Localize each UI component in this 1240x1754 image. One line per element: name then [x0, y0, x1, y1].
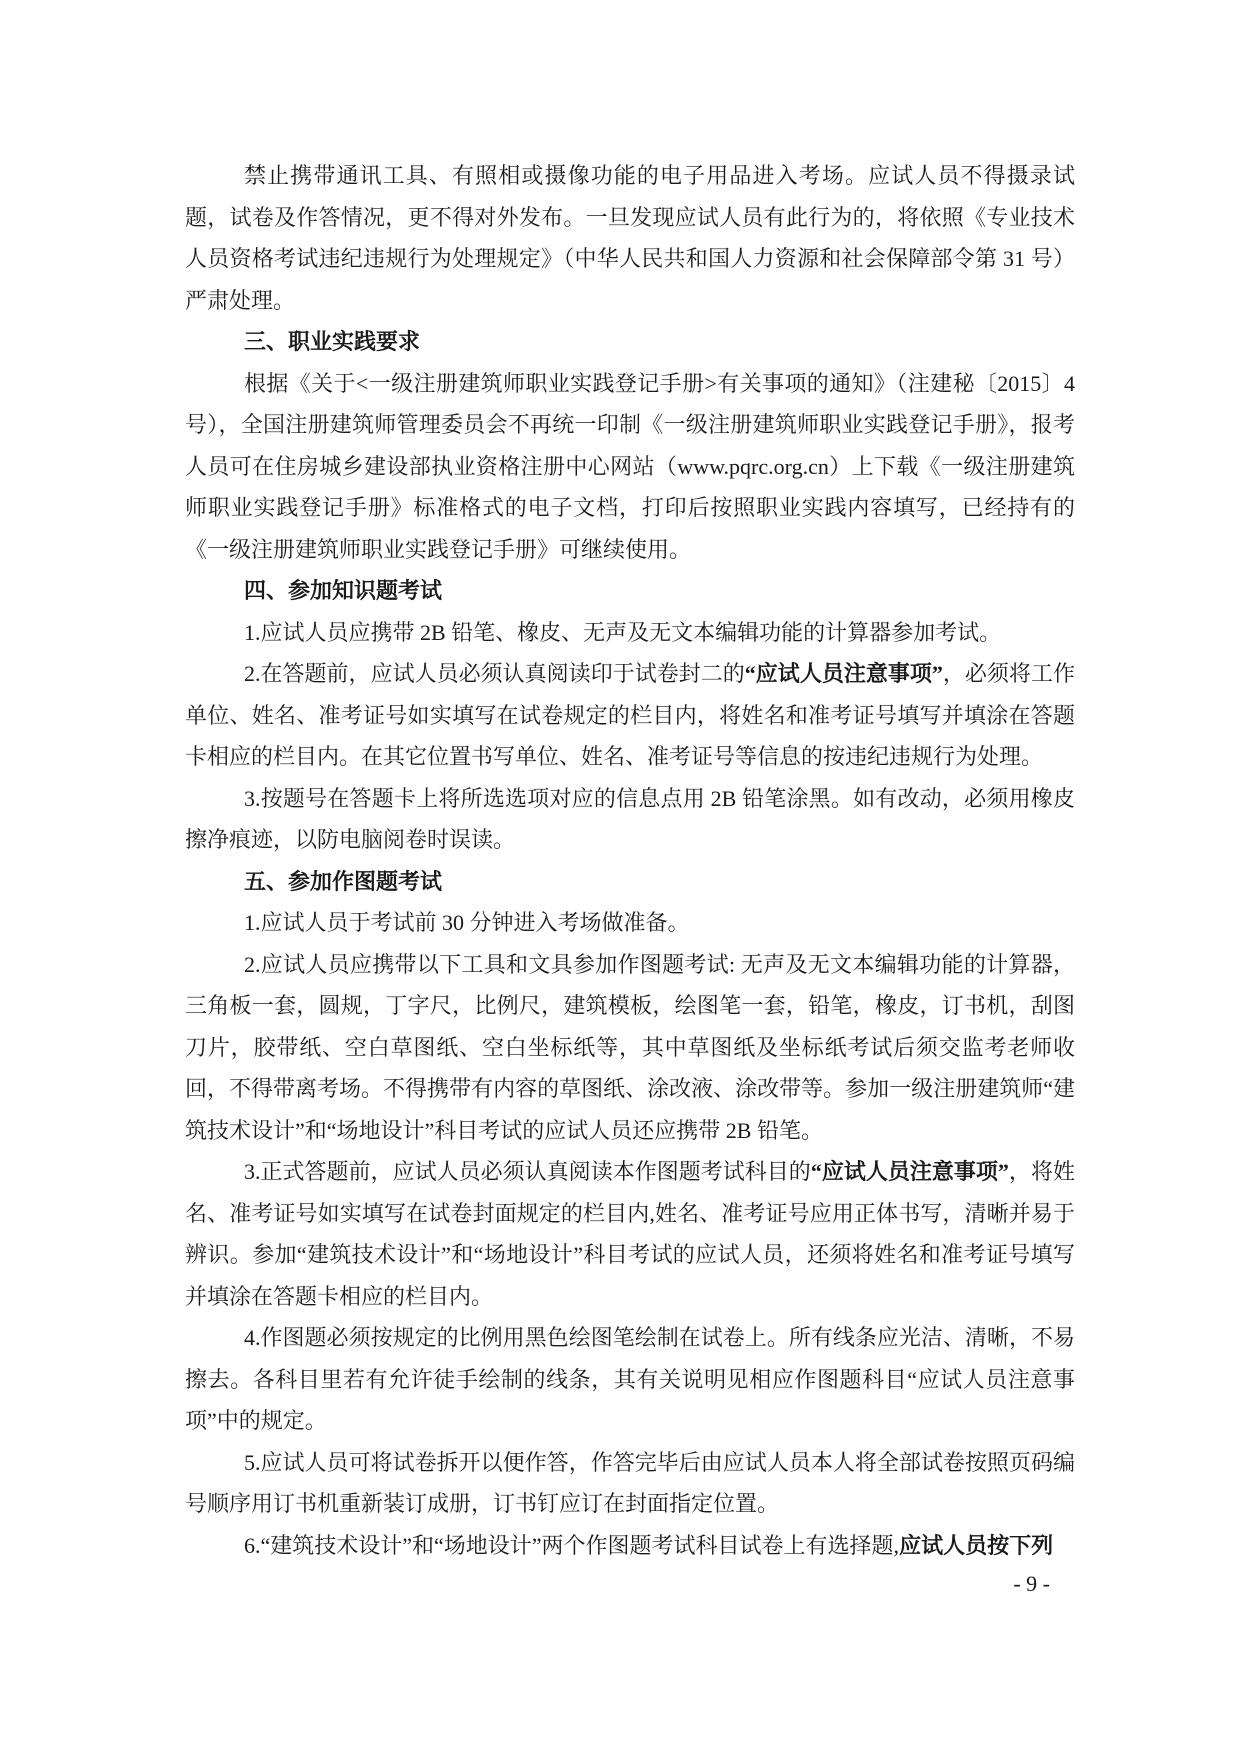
text-run: 2.在答题前，应试人员必须认真阅读印于试卷封二的: [244, 661, 745, 686]
page-number: - 9 -: [1013, 1571, 1050, 1597]
bold-text-run: 五、参加作图题考试: [244, 869, 442, 894]
text-run: 3.正式答题前，应试人员必须认真阅读本作图题考试科目的: [244, 1159, 811, 1184]
text-run: 4.作图题必须按规定的比例用黑色绘图笔绘制在试卷上。所有线条应光洁、清晰，不易擦…: [185, 1325, 1075, 1433]
paragraph: 2.在答题前，应试人员必须认真阅读印于试卷封二的“应试人员注意事项”，必须将工作…: [185, 653, 1075, 778]
paragraph: 3.按题号在答题卡上将所选选项对应的信息点用 2B 铅笔涂黑。如有改动，必须用橡…: [185, 778, 1075, 861]
text-run: 3.按题号在答题卡上将所选选项对应的信息点用 2B 铅笔涂黑。如有改动，必须用橡…: [185, 786, 1075, 853]
paragraph: 1.应试人员于考试前 30 分钟进入考场做准备。: [185, 902, 1075, 944]
text-run: 6.“建筑技术设计”和“场地设计”两个作图题考试科目试卷上有选择题,: [244, 1533, 899, 1558]
section-heading: 三、职业实践要求: [185, 321, 1075, 363]
paragraph: 根据《关于<一级注册建筑师职业实践登记手册>有关事项的通知》（注建秘〔2015〕…: [185, 363, 1075, 571]
paragraph: 4.作图题必须按规定的比例用黑色绘图笔绘制在试卷上。所有线条应光洁、清晰，不易擦…: [185, 1317, 1075, 1442]
bold-text-run: “应试人员注意事项”: [811, 1159, 1009, 1184]
bold-text-run: 四、参加知识题考试: [244, 578, 442, 603]
paragraph: 1.应试人员应携带 2B 铅笔、橡皮、无声及无文本编辑功能的计算器参加考试。: [185, 612, 1075, 654]
paragraph: 2.应试人员应携带以下工具和文具参加作图题考试: 无声及无文本编辑功能的计算器，…: [185, 944, 1075, 1152]
bold-text-run: 三、职业实践要求: [244, 329, 420, 354]
text-run: 1.应试人员于考试前 30 分钟进入考场做准备。: [244, 910, 690, 935]
paragraph: 5.应试人员可将试卷拆开以便作答，作答完毕后由应试人员本人将全部试卷按照页码编号…: [185, 1442, 1075, 1525]
paragraph: 3.正式答题前，应试人员必须认真阅读本作图题考试科目的“应试人员注意事项”，将姓…: [185, 1151, 1075, 1317]
text-run: 1.应试人员应携带 2B 铅笔、橡皮、无声及无文本编辑功能的计算器参加考试。: [244, 620, 1001, 645]
text-run: 根据《关于<一级注册建筑师职业实践登记手册>有关事项的通知》（注建秘〔2015〕…: [185, 371, 1075, 562]
paragraph: 6.“建筑技术设计”和“场地设计”两个作图题考试科目试卷上有选择题,应试人员按下…: [185, 1525, 1075, 1567]
document-body: 禁止携带通讯工具、有照相或摄像功能的电子用品进入考场。应试人员不得摄录试题，试卷…: [185, 155, 1075, 1566]
bold-text-run: 应试人员按下列: [899, 1533, 1053, 1558]
text-run: 禁止携带通讯工具、有照相或摄像功能的电子用品进入考场。应试人员不得摄录试题，试卷…: [185, 163, 1075, 313]
bold-text-run: “应试人员注意事项”: [745, 661, 943, 686]
section-heading: 五、参加作图题考试: [185, 861, 1075, 903]
text-run: 5.应试人员可将试卷拆开以便作答，作答完毕后由应试人员本人将全部试卷按照页码编号…: [185, 1450, 1075, 1517]
text-run: 2.应试人员应携带以下工具和文具参加作图题考试: 无声及无文本编辑功能的计算器，…: [185, 952, 1075, 1143]
paragraph: 禁止携带通讯工具、有照相或摄像功能的电子用品进入考场。应试人员不得摄录试题，试卷…: [185, 155, 1075, 321]
section-heading: 四、参加知识题考试: [185, 570, 1075, 612]
document-page: 禁止携带通讯工具、有照相或摄像功能的电子用品进入考场。应试人员不得摄录试题，试卷…: [0, 0, 1240, 1754]
